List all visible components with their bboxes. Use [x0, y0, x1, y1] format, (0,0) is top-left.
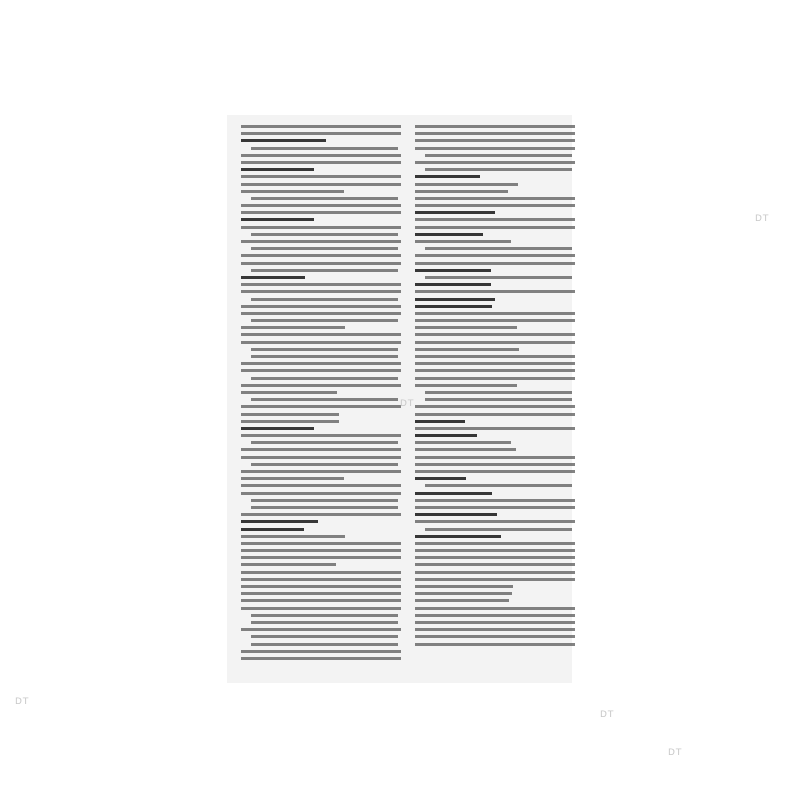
text-line — [241, 139, 326, 142]
text-line — [415, 384, 517, 387]
text-line — [241, 211, 401, 214]
text-line — [241, 520, 318, 523]
text-line — [415, 139, 575, 142]
text-line — [415, 420, 465, 423]
text-line — [241, 218, 314, 221]
text-line — [251, 247, 398, 250]
text-line — [251, 197, 398, 200]
text-line — [415, 456, 575, 459]
text-line — [415, 448, 516, 451]
text-line — [241, 513, 401, 516]
text-line — [241, 413, 339, 416]
left-column — [241, 125, 401, 664]
text-line — [241, 305, 401, 308]
text-line — [415, 520, 575, 523]
text-line — [241, 549, 401, 552]
text-line — [241, 563, 336, 566]
text-line — [415, 621, 575, 624]
text-line — [241, 571, 401, 574]
text-line — [251, 348, 398, 351]
text-line — [251, 635, 398, 638]
text-line — [415, 290, 575, 293]
text-line — [241, 592, 401, 595]
text-line — [415, 492, 492, 495]
text-line — [425, 484, 572, 487]
text-line — [415, 269, 491, 272]
text-line — [241, 628, 401, 631]
text-line — [415, 147, 575, 150]
text-line — [415, 635, 575, 638]
text-line — [415, 175, 480, 178]
text-line — [425, 398, 572, 401]
text-line — [425, 391, 572, 394]
text-line — [415, 463, 575, 466]
text-line — [415, 204, 575, 207]
text-line — [415, 628, 575, 631]
text-line — [241, 607, 401, 610]
text-line — [241, 585, 401, 588]
text-line — [241, 283, 401, 286]
watermark: DT — [668, 748, 682, 758]
text-line — [251, 269, 398, 272]
text-line — [241, 326, 345, 329]
text-line — [415, 571, 575, 574]
text-line — [415, 369, 575, 372]
text-line — [241, 183, 401, 186]
text-line — [415, 578, 575, 581]
text-line — [241, 362, 401, 365]
text-line — [425, 247, 572, 250]
text-line — [241, 384, 401, 387]
text-line — [241, 226, 401, 229]
text-line — [415, 513, 497, 516]
text-line — [241, 125, 401, 128]
text-line — [415, 211, 495, 214]
text-line — [241, 132, 401, 135]
text-line — [415, 262, 575, 265]
text-line — [415, 312, 575, 315]
text-line — [415, 218, 575, 221]
text-line — [241, 448, 401, 451]
text-line — [241, 535, 345, 538]
text-line — [251, 233, 398, 236]
text-line — [425, 168, 572, 171]
text-line — [251, 621, 398, 624]
text-line — [241, 262, 401, 265]
text-line — [241, 470, 401, 473]
text-line — [415, 240, 511, 243]
text-line — [241, 391, 337, 394]
text-line — [241, 405, 401, 408]
text-line — [415, 341, 575, 344]
text-line — [241, 161, 401, 164]
text-line — [251, 463, 398, 466]
text-line — [415, 348, 519, 351]
text-line — [425, 528, 572, 531]
text-line — [241, 190, 344, 193]
text-line — [415, 333, 575, 336]
text-line — [415, 549, 575, 552]
text-line — [251, 377, 398, 380]
text-line — [415, 362, 575, 365]
text-line — [415, 125, 575, 128]
text-line — [241, 154, 401, 157]
text-line — [241, 456, 401, 459]
text-line — [241, 240, 401, 243]
text-line — [415, 226, 575, 229]
right-column — [415, 125, 575, 650]
text-line — [241, 276, 305, 279]
text-line — [241, 254, 401, 257]
text-line — [415, 233, 483, 236]
text-line — [415, 427, 575, 430]
text-line — [415, 477, 466, 480]
text-line — [415, 190, 508, 193]
text-line — [415, 441, 511, 444]
text-line — [251, 298, 398, 301]
text-line — [241, 657, 401, 660]
text-line — [241, 312, 401, 315]
text-line — [251, 506, 398, 509]
text-line — [241, 484, 401, 487]
watermark: DT — [15, 697, 29, 707]
text-line — [415, 298, 495, 301]
text-line — [251, 441, 398, 444]
text-line — [251, 147, 398, 150]
text-line — [415, 563, 575, 566]
text-line — [415, 305, 492, 308]
text-line — [415, 499, 575, 502]
text-line — [415, 405, 575, 408]
text-line — [241, 204, 401, 207]
text-line — [415, 132, 575, 135]
watermark: DT — [600, 710, 614, 720]
text-line — [415, 377, 575, 380]
text-line — [241, 168, 314, 171]
text-line — [241, 542, 401, 545]
text-line — [415, 355, 575, 358]
text-line — [251, 398, 398, 401]
text-line — [241, 477, 344, 480]
text-line — [251, 614, 398, 617]
text-line — [251, 643, 398, 646]
text-line — [241, 369, 401, 372]
text-line — [415, 599, 509, 602]
text-line — [425, 154, 572, 157]
text-line — [251, 319, 398, 322]
text-line — [415, 592, 512, 595]
text-line — [415, 614, 575, 617]
text-line — [241, 528, 304, 531]
text-line — [415, 585, 513, 588]
text-line — [241, 434, 401, 437]
text-line — [415, 542, 575, 545]
text-line — [415, 319, 575, 322]
text-line — [415, 607, 575, 610]
text-line — [415, 643, 575, 646]
text-line — [415, 506, 575, 509]
text-line — [415, 161, 575, 164]
text-line — [241, 290, 401, 293]
watermark: DT — [400, 399, 414, 409]
text-line — [241, 175, 401, 178]
text-line — [241, 578, 401, 581]
text-line — [415, 413, 575, 416]
text-line — [415, 326, 517, 329]
text-line — [241, 341, 401, 344]
text-line — [251, 355, 398, 358]
text-line — [241, 427, 314, 430]
text-line — [241, 599, 401, 602]
text-line — [415, 183, 518, 186]
text-line — [241, 492, 401, 495]
text-line — [241, 650, 401, 653]
text-line — [415, 556, 575, 559]
text-line — [251, 499, 398, 502]
watermark: DT — [755, 214, 769, 224]
text-line — [425, 276, 572, 279]
text-line — [415, 434, 477, 437]
text-line — [241, 333, 401, 336]
text-line — [241, 420, 339, 423]
text-line — [415, 535, 501, 538]
text-line — [415, 283, 491, 286]
text-line — [415, 197, 575, 200]
text-line — [415, 254, 575, 257]
text-line — [241, 556, 401, 559]
text-line — [415, 470, 575, 473]
